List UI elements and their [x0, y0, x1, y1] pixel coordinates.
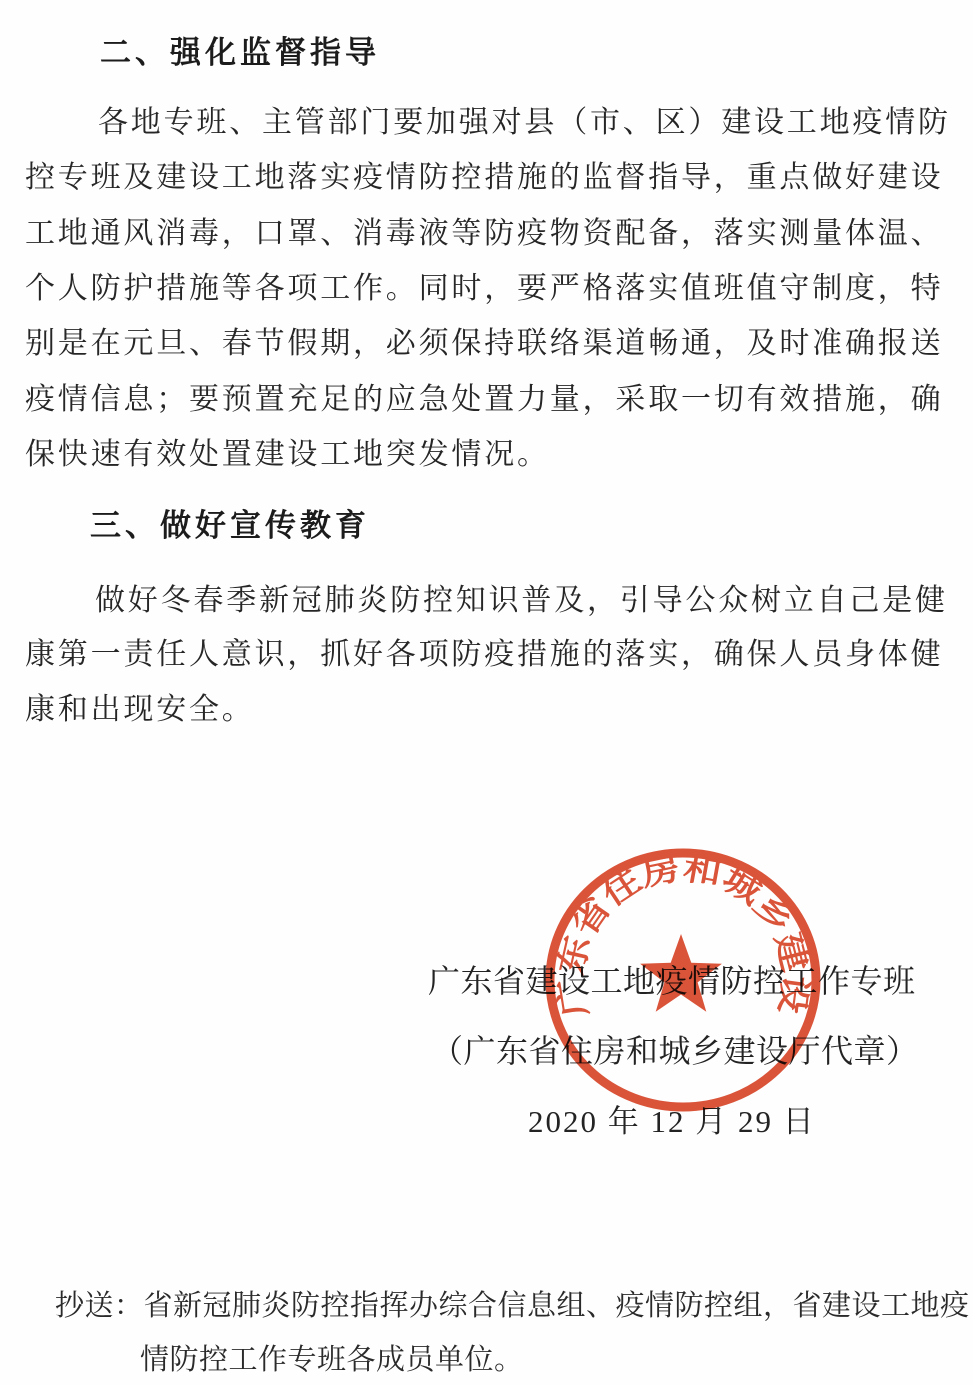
cc-line: 抄送：省新冠肺炎防控指挥办综合信息组、疫情防控组，省建设工地疫	[55, 1283, 970, 1324]
section-2-line: 个人防护措施等各项工作。同时，要严格落实值班值守制度，特	[25, 263, 943, 307]
cc-line: 情防控工作专班各成员单位。	[140, 1337, 524, 1378]
section-3-line: 康和出现安全。	[25, 684, 255, 728]
section-2-line: 各地专班、主管部门要加强对县（市、区）建设工地疫情防	[98, 97, 951, 141]
section-3-heading: 三、做好宣传教育	[90, 500, 370, 545]
signature-date: 2020 年 12 月 29 日	[528, 1096, 816, 1141]
section-2-line: 别是在元旦、春节假期，必须保持联络渠道畅通，及时准确报送	[25, 318, 943, 362]
section-2-line: 工地通风消毒，口罩、消毒液等防疫物资配备，落实测量体温、	[25, 208, 943, 252]
section-2-line: 疫情信息；要预置充足的应急处置力量，采取一切有效措施，确	[25, 374, 943, 418]
signature-org: 广东省建设工地疫情防控工作专班	[428, 956, 916, 1002]
section-3-line: 做好冬春季新冠肺炎防控知识普及，引导公众树立自己是健	[95, 575, 948, 619]
section-2-line: 控专班及建设工地落实疫情防控措施的监督指导，重点做好建设	[25, 152, 943, 196]
section-2-line: 保快速有效处置建设工地突发情况。	[25, 429, 550, 473]
signature-on-behalf: （广东省住房和城乡建设厅代章）	[431, 1026, 919, 1072]
section-3-line: 康第一责任人意识，抓好各项防疫措施的落实，确保人员身体健	[25, 629, 943, 673]
document-page: 二、强化监督指导 各地专班、主管部门要加强对县（市、区）建设工地疫情防 控专班及…	[0, 0, 973, 1385]
section-2-heading: 二、强化监督指导	[100, 27, 380, 72]
